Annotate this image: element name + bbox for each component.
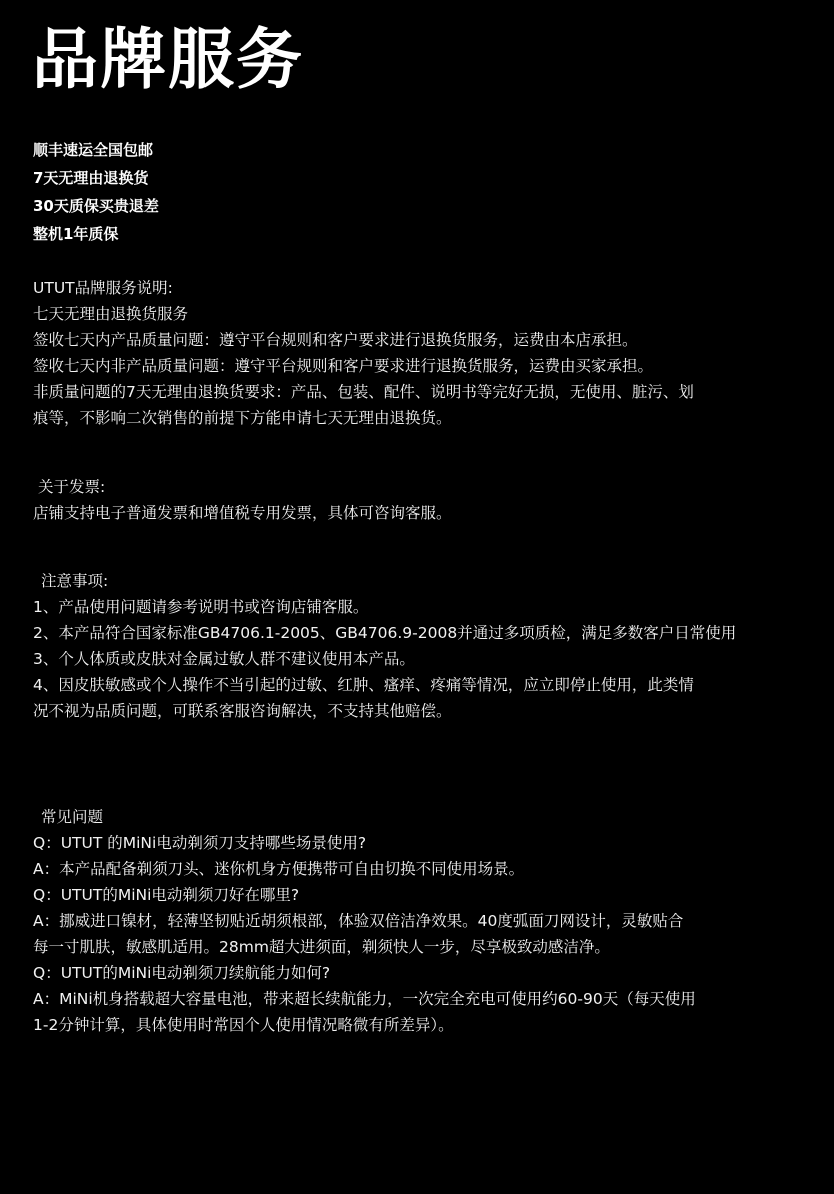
faq-answer: A：本产品配备剃须刀头、迷你机身方便携带可自由切换不同使用场景。	[33, 856, 696, 882]
notes-section: 1、产品使用问题请参考说明书或咨询店铺客服。 2、本产品符合国家标准GB4706…	[33, 594, 736, 724]
text-line: 店铺支持电子普通发票和增值税专用发票，具体可咨询客服。	[33, 500, 452, 526]
faq-answer: A：挪威进口镍材，轻薄坚韧贴近胡须根部，体验双倍洁净效果。40度弧面刀网设计，灵…	[33, 908, 696, 934]
text-line: 3、个人体质或皮肤对金属过敏人群不建议使用本产品。	[33, 646, 736, 672]
faq-answer: 1-2分钟计算，具体使用时常因个人使用情况略微有所差异）。	[33, 1012, 696, 1038]
section-heading: 关于发票:	[38, 474, 452, 500]
faq-section: Q：UTUT 的MiNi电动剃须刀支持哪些场景使用? A：本产品配备剃须刀头、迷…	[33, 830, 696, 1038]
text-line: 4、因皮肤敏感或个人操作不当引起的过敏、红肿、瘙痒、疼痛等情况，应立即停止使用，…	[33, 672, 736, 698]
service-highlights: 顺丰速运全国包邮 7天无理由退换货 30天质保买贵退差 整机1年质保	[33, 136, 159, 248]
section-heading: UTUT品牌服务说明:	[33, 275, 694, 301]
faq-question: Q：UTUT的MiNi电动剃须刀续航能力如何?	[33, 960, 696, 986]
text-line: 痕等，不影响二次销售的前提下方能申请七天无理由退换货。	[33, 405, 694, 431]
highlight-30day-price: 30天质保买贵退差	[33, 192, 159, 220]
text-line: 七天无理由退换货服务	[33, 301, 694, 327]
text-line: 签收七天内非产品质量问题：遵守平台规则和客户要求进行退换货服务，运费由买家承担。	[33, 353, 694, 379]
highlight-shipping: 顺丰速运全国包邮	[33, 136, 159, 164]
text-line: 非质量问题的7天无理由退换货要求：产品、包装、配件、说明书等完好无损，无使用、脏…	[33, 379, 694, 405]
text-line: 签收七天内产品质量问题：遵守平台规则和客户要求进行退换货服务，运费由本店承担。	[33, 327, 694, 353]
highlight-7day-return: 7天无理由退换货	[33, 164, 159, 192]
page-title: 品牌服务	[32, 22, 304, 98]
highlight-1year-warranty: 整机1年质保	[33, 220, 159, 248]
faq-heading-block: 常见问题	[41, 804, 103, 830]
notes-heading-block: 注意事项:	[41, 568, 108, 594]
text-line: 2、本产品符合国家标准GB4706.1-2005、GB4706.9-2008并通…	[33, 620, 736, 646]
faq-answer: 每一寸肌肤，敏感肌适用。28mm超大进须面，剃须快人一步，尽享极致动感洁净。	[33, 934, 696, 960]
brand-service-section: UTUT品牌服务说明: 七天无理由退换货服务 签收七天内产品质量问题：遵守平台规…	[33, 275, 694, 431]
faq-answer: A：MiNi机身搭载超大容量电池，带来超长续航能力，一次完全充电可使用约60-9…	[33, 986, 696, 1012]
section-heading: 常见问题	[41, 804, 103, 830]
text-line: 况不视为品质问题，可联系客服咨询解决，不支持其他赔偿。	[33, 698, 736, 724]
faq-question: Q：UTUT 的MiNi电动剃须刀支持哪些场景使用?	[33, 830, 696, 856]
faq-question: Q：UTUT的MiNi电动剃须刀好在哪里?	[33, 882, 696, 908]
section-heading: 注意事项:	[41, 568, 108, 594]
invoice-section: 关于发票: 店铺支持电子普通发票和增值税专用发票，具体可咨询客服。	[38, 474, 452, 526]
text-line: 1、产品使用问题请参考说明书或咨询店铺客服。	[33, 594, 736, 620]
